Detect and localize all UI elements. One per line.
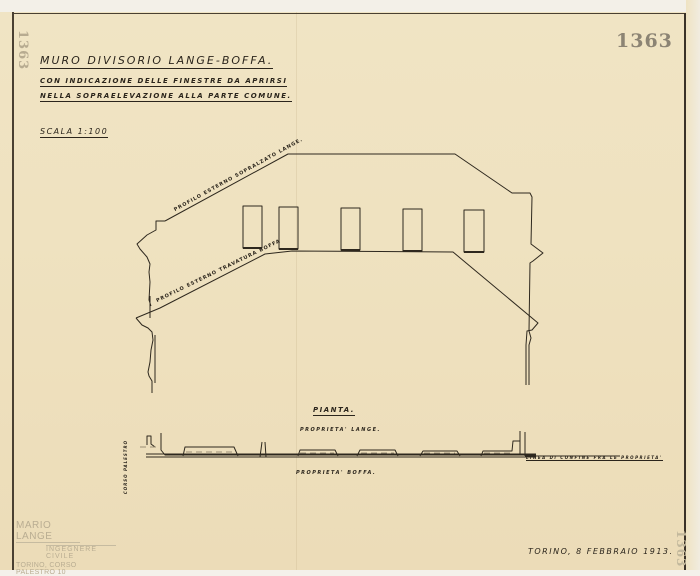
engineer-address: TORINO, CORSO PALESTRO 10 xyxy=(16,562,116,570)
engineer-role: INGEGNERE CIVILE xyxy=(46,545,116,560)
drawing-linework xyxy=(0,0,700,570)
street-label: CORSO PALESTRO xyxy=(123,440,128,494)
property-boffa-label: PROPRIETA' BOFFA. xyxy=(296,470,376,476)
boundary-line-label: LINEA DI CONFINE FRA LE PROPRIETA' xyxy=(526,455,663,461)
elevation-lower-profile xyxy=(136,251,538,385)
property-lange-label: PROPRIETA' LANGE. xyxy=(300,427,381,433)
engineer-name: MARIO LANGE xyxy=(16,520,80,543)
place-date: TORINO, 8 FEBBRAIO 1913. xyxy=(528,547,674,556)
plan-title: PIANTA. xyxy=(313,406,355,416)
engineer-stamp: MARIO LANGE INGEGNERE CIVILE TORINO, COR… xyxy=(16,520,116,570)
elevation-lower-left-wall xyxy=(136,318,153,393)
elevation-left-edge xyxy=(137,221,165,306)
windows xyxy=(243,206,484,252)
